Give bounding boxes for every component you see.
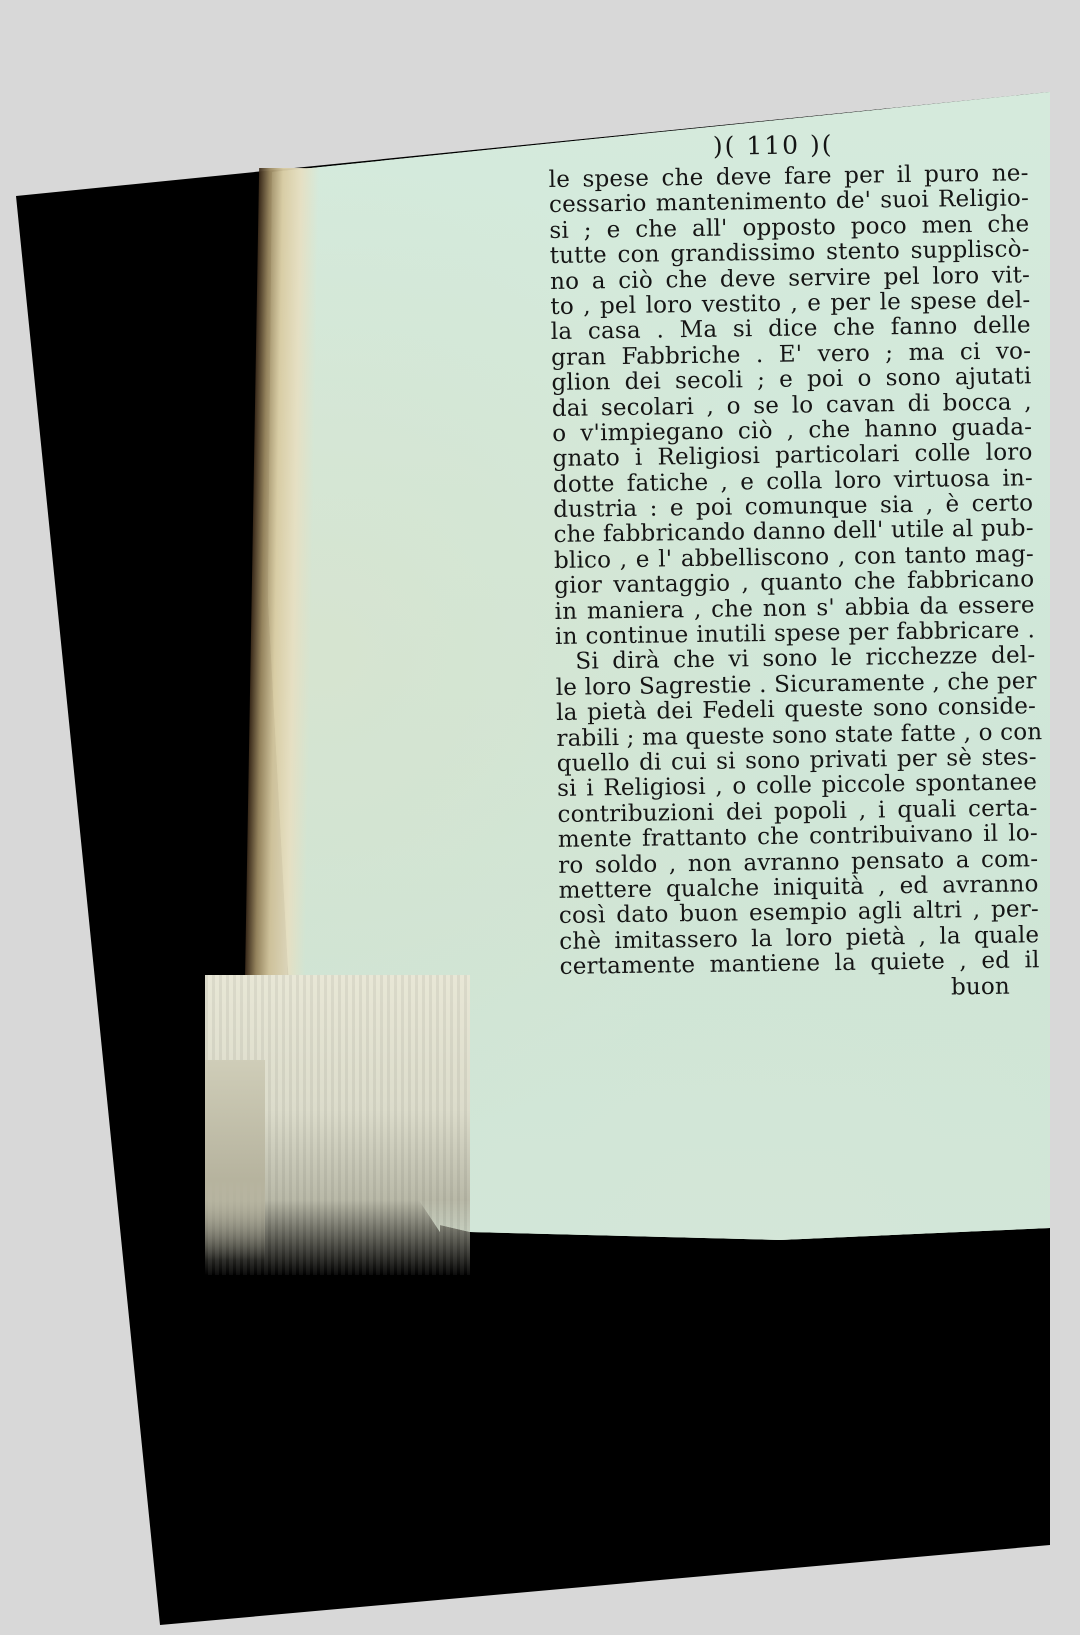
- page-text-block: )( 110 )( le spese che deve fare per il …: [548, 125, 1040, 1006]
- distorted-page-strip: [205, 1060, 265, 1260]
- page-header: )( 110 )(: [518, 125, 1028, 166]
